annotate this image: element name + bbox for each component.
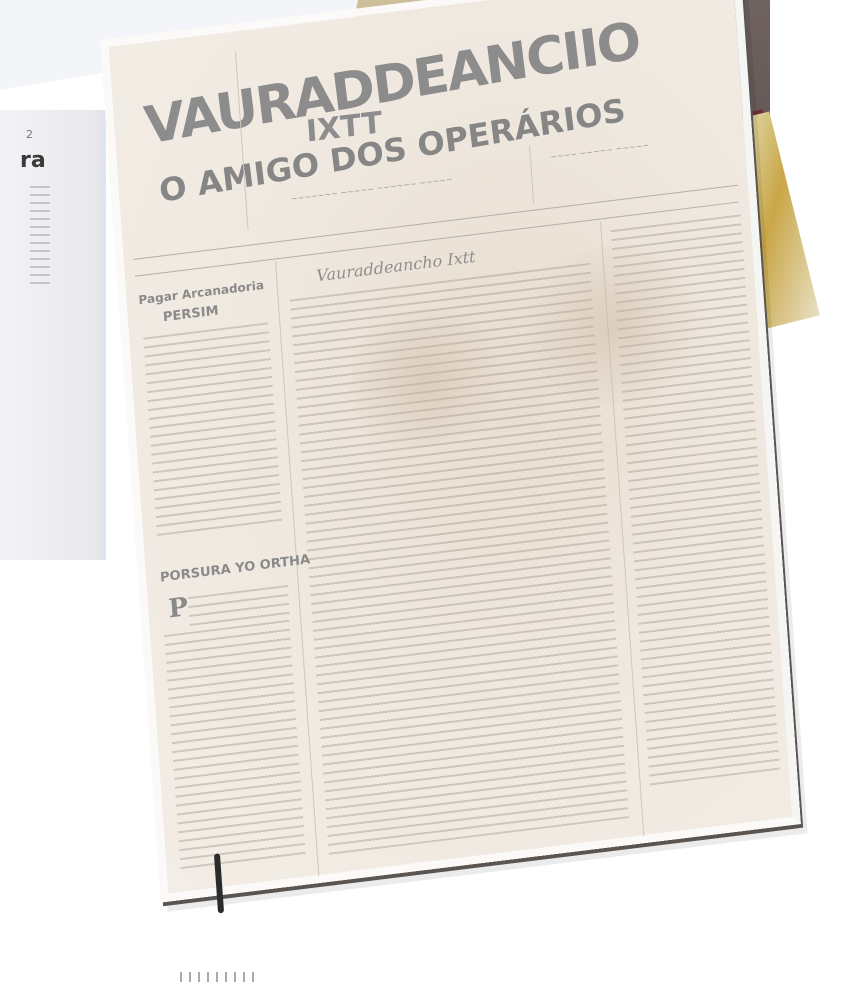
left-column-text	[143, 322, 282, 536]
left-column-text	[164, 620, 306, 873]
fragment-text-lines	[30, 186, 50, 286]
debris	[180, 972, 260, 982]
photo-scene: 2 ra · · · · · VAURADDEANCIIO IXTT O AMI…	[0, 0, 860, 990]
issue-number: · · · · ·	[655, 0, 684, 1]
fragment-page-number: 2	[26, 128, 33, 141]
left-column-heading: Pagar Arcanadoria	[138, 278, 264, 307]
fragment-headline: ra	[20, 148, 46, 173]
left-column-subheading: PERSIM	[162, 304, 219, 326]
drop-cap: P	[167, 592, 189, 624]
left-column-heading-2: PORSURA YO ORTHA	[160, 552, 311, 585]
adjacent-newspaper-fragment: 2 ra	[0, 110, 106, 560]
paper-sheet: · · · · · VAURADDEANCIIO IXTT O AMIGO DO…	[100, 0, 801, 903]
masthead-divider	[529, 145, 534, 205]
newspaper-page: · · · · · VAURADDEANCIIO IXTT O AMIGO DO…	[100, 0, 801, 903]
masthead-caption: ~~~~ ~~~~~ ~~~~~	[550, 141, 650, 162]
